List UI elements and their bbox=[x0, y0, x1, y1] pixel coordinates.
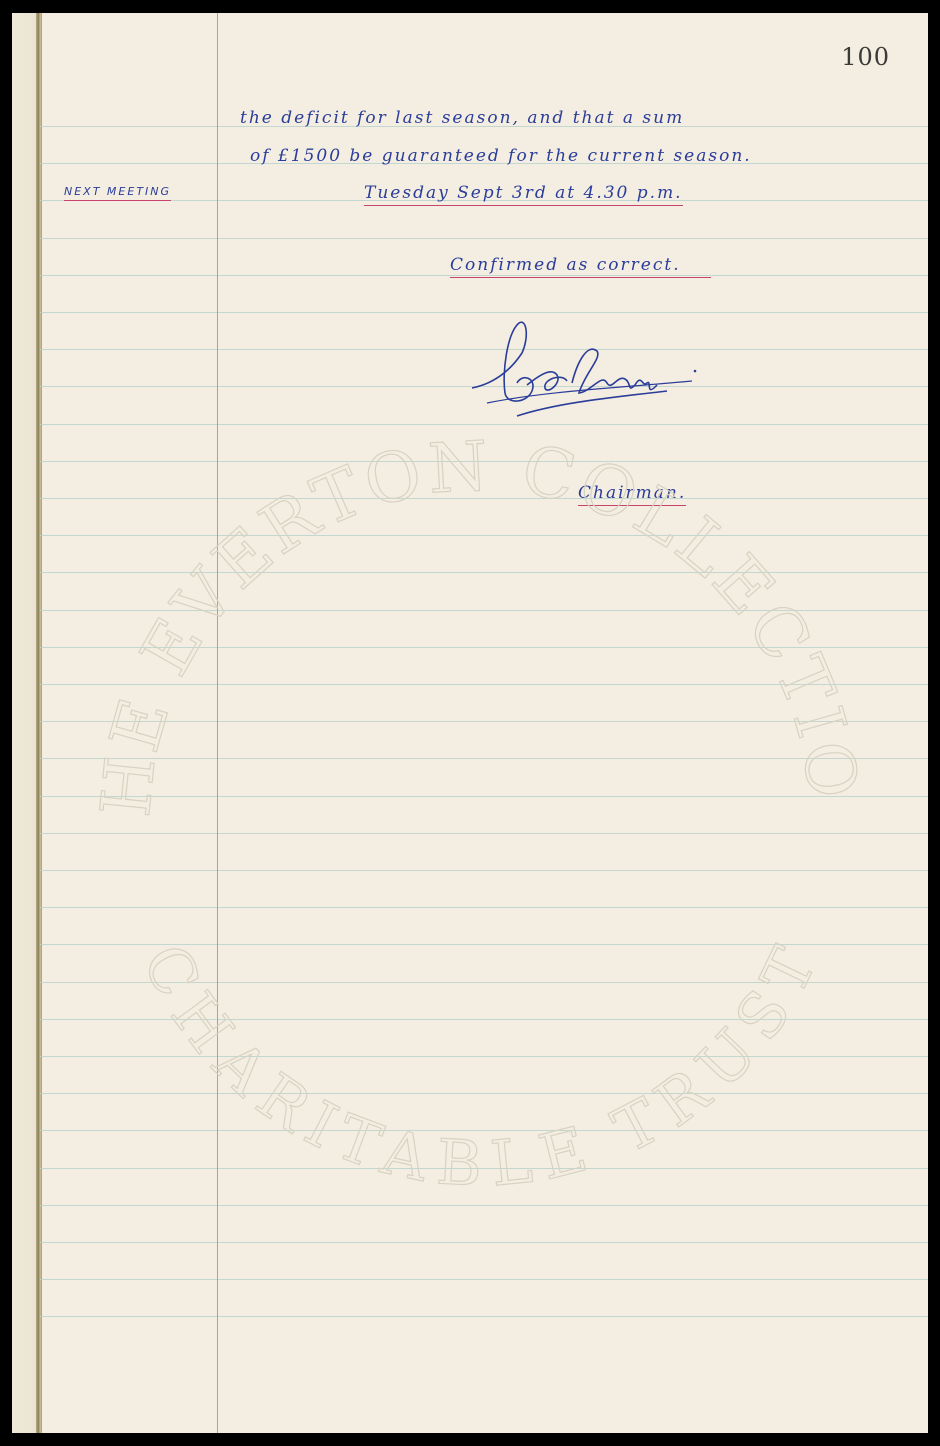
signature-icon bbox=[467, 313, 707, 443]
ruled-line bbox=[40, 833, 928, 834]
ruled-line bbox=[40, 1019, 928, 1020]
ruled-line bbox=[40, 498, 928, 499]
ruled-line bbox=[40, 1316, 928, 1317]
confirmation-text: Confirmed as correct. bbox=[450, 255, 711, 278]
ruled-line bbox=[40, 1279, 928, 1280]
ruled-line bbox=[40, 944, 928, 945]
ruled-line bbox=[40, 1093, 928, 1094]
margin-note-next-meeting: NEXT MEETING bbox=[64, 185, 171, 201]
margin-line bbox=[217, 13, 218, 1433]
ruled-line bbox=[40, 610, 928, 611]
ruled-line bbox=[40, 647, 928, 648]
ruled-line bbox=[40, 1168, 928, 1169]
ruled-line bbox=[40, 1205, 928, 1206]
ruled-line bbox=[40, 684, 928, 685]
ruled-line bbox=[40, 535, 928, 536]
ruled-line bbox=[40, 461, 928, 462]
ruled-line bbox=[40, 238, 928, 239]
ruled-line bbox=[40, 758, 928, 759]
minute-line-1: the deficit for last season, and that a … bbox=[240, 108, 684, 128]
ruled-line bbox=[40, 1056, 928, 1057]
chairman-title: Chairman. bbox=[578, 483, 686, 506]
minute-line-2: of £1500 be guaranteed for the current s… bbox=[250, 146, 752, 166]
ruled-line bbox=[40, 982, 928, 983]
ruled-line bbox=[40, 907, 928, 908]
ruled-line bbox=[40, 572, 928, 573]
ledger-page: 100 NEXT MEETING the deficit for last se… bbox=[12, 13, 928, 1433]
ruled-lines bbox=[40, 13, 928, 1433]
ruled-line bbox=[40, 796, 928, 797]
ruled-line bbox=[40, 1242, 928, 1243]
ruled-line bbox=[40, 1130, 928, 1131]
ruled-line bbox=[40, 870, 928, 871]
page-number: 100 bbox=[841, 43, 890, 71]
ruled-line bbox=[40, 721, 928, 722]
next-meeting-date: Tuesday Sept 3rd at 4.30 p.m. bbox=[364, 183, 683, 206]
